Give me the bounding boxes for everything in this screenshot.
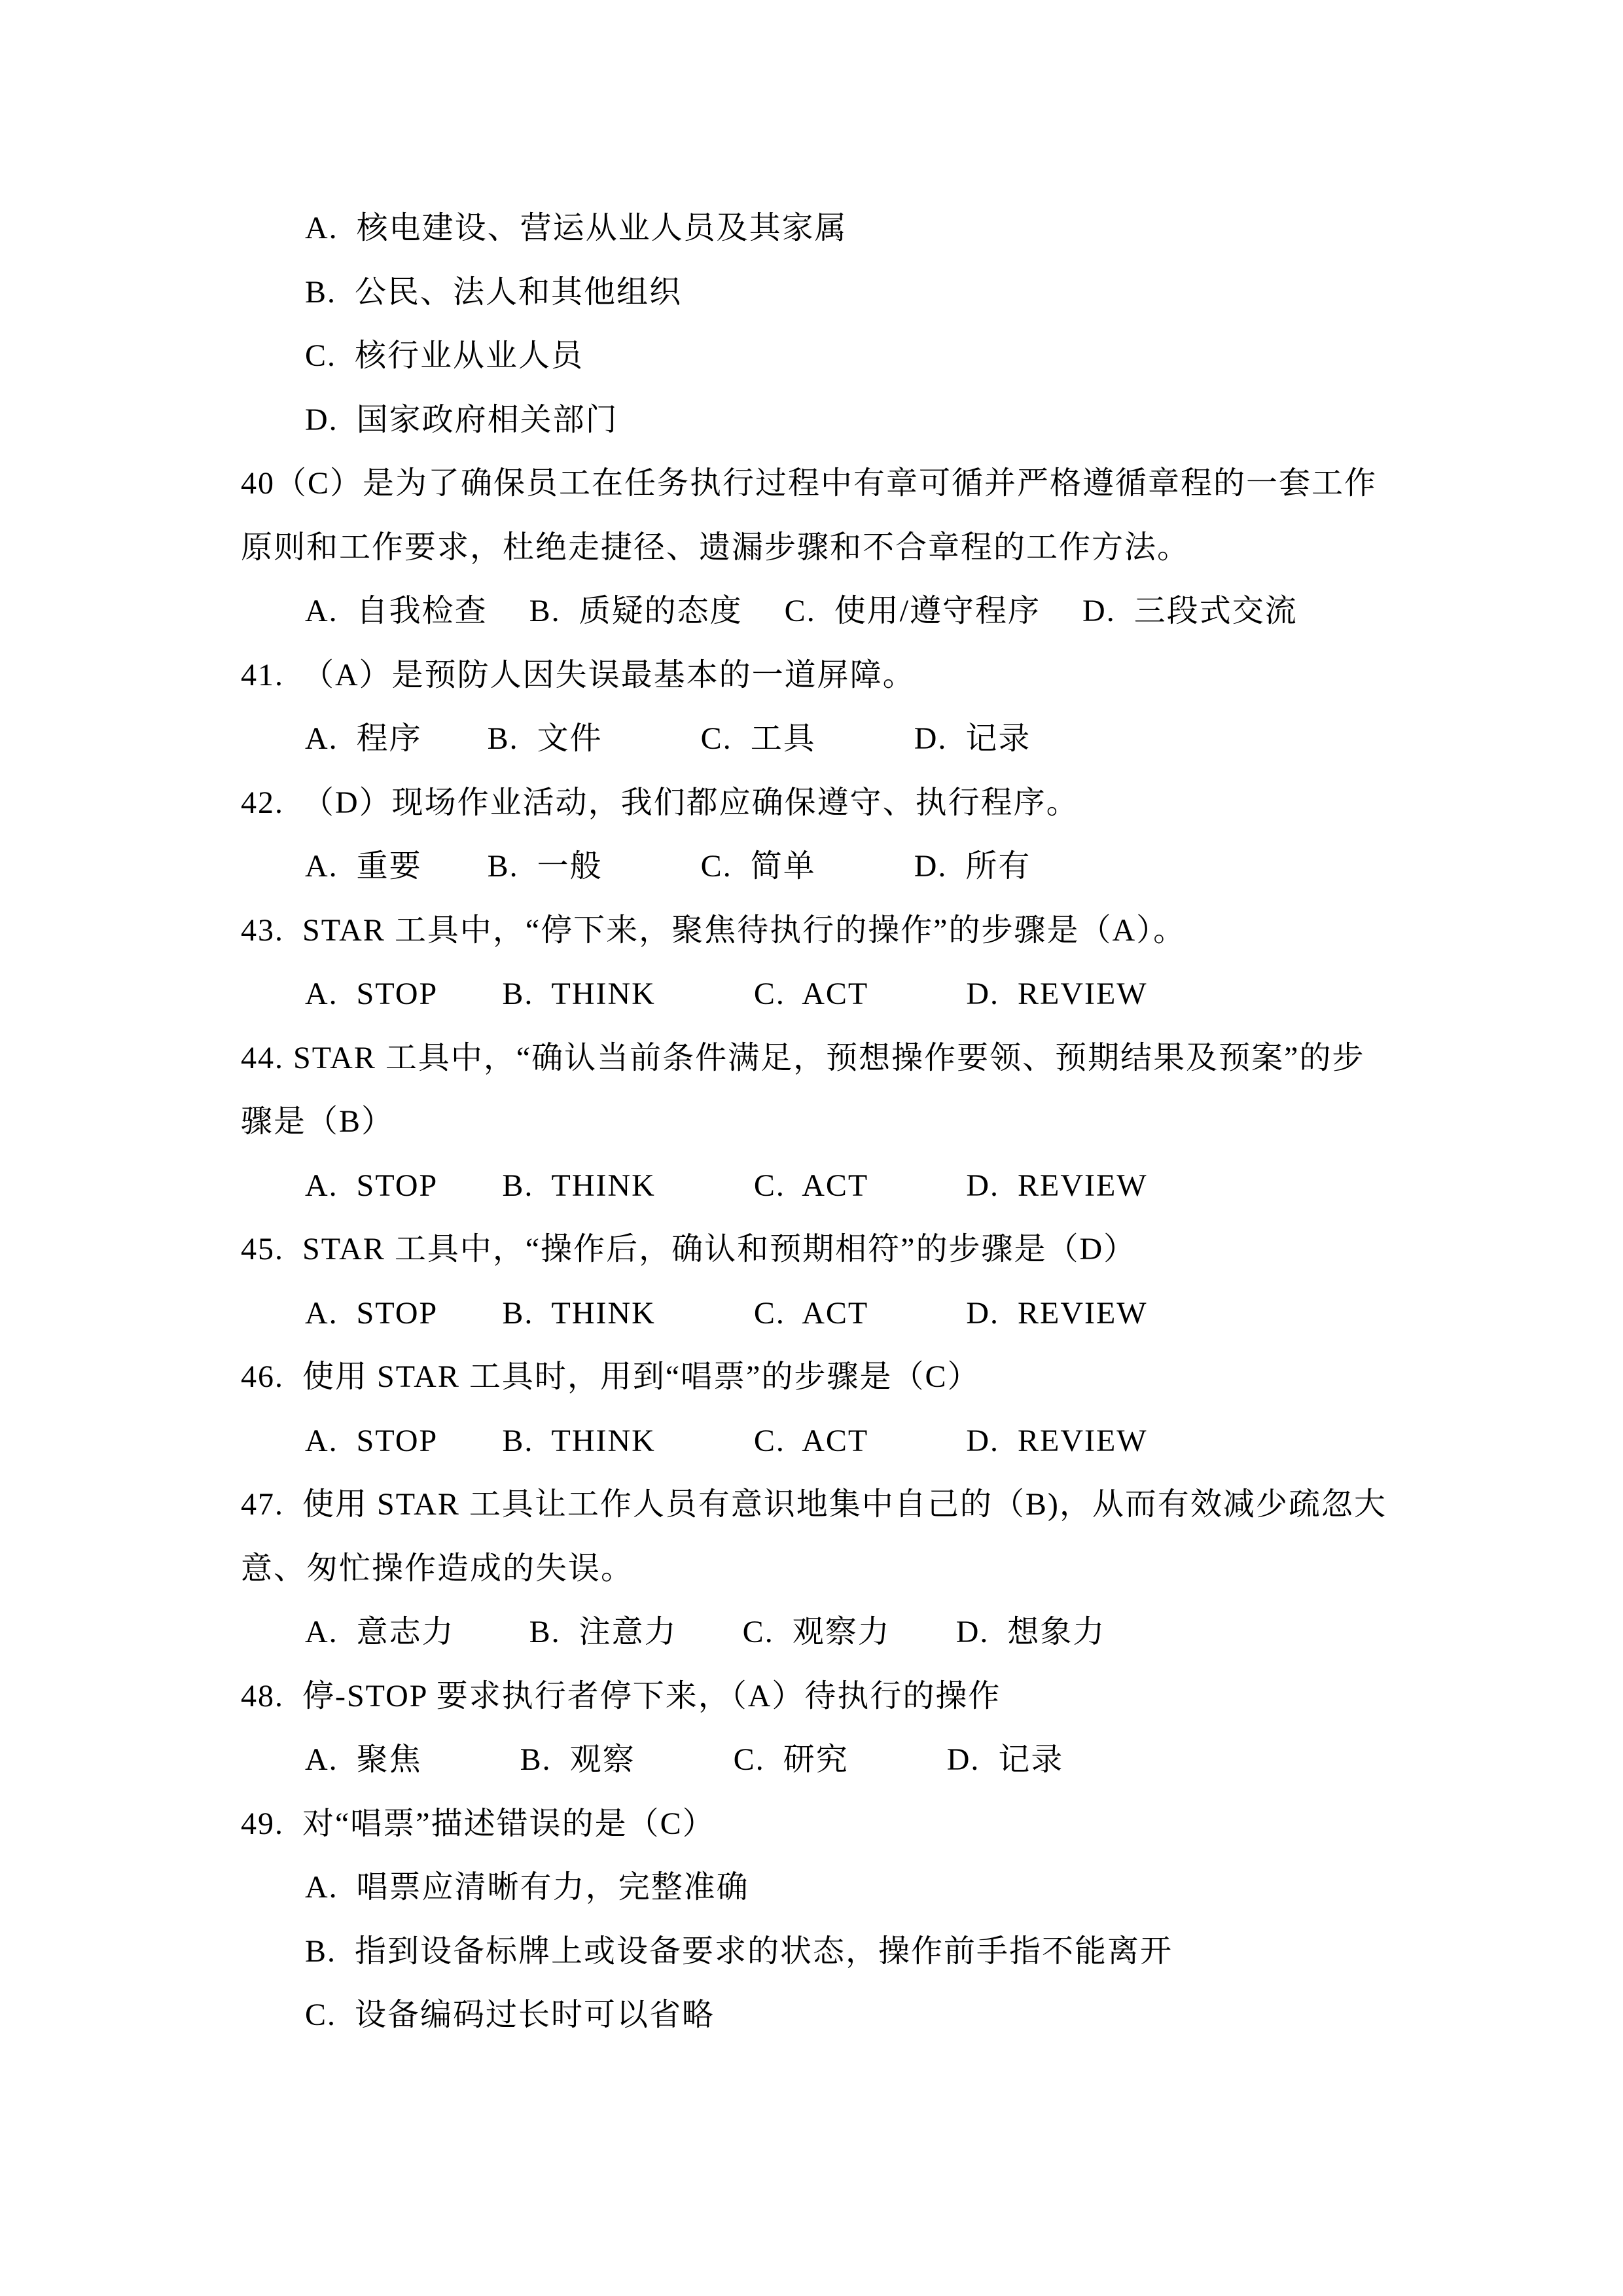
q47-stem-line2: 意、匆忙操作造成的失误。 [241,1537,1393,1601]
q48-stem: 48. 停-STOP 要求执行者停下来，（A）待执行的操作 [241,1664,1393,1729]
q49-option-a: A. 唱票应清晰有力，完整准确 [241,1856,1393,1920]
q48-options-row: A. 聚焦 B. 观察 C. 研究 D. 记录 [241,1728,1393,1792]
q42-stem: 42. （D）现场作业活动，我们都应确保遵守、执行程序。 [241,771,1393,835]
q42-options-row: A. 重要 B. 一般 C. 简单 D. 所有 [241,834,1393,899]
prev-question-option-c: C. 核行业从业人员 [241,324,1393,388]
q45-stem: 45. STAR 工具中，“操作后，确认和预期相符”的步骤是（D） [241,1217,1393,1282]
q41-stem: 41. （A）是预防人因失误最基本的一道屏障。 [241,643,1393,708]
q44-options-row: A. STOP B. THINK C. ACT D. REVIEW [241,1154,1393,1218]
q40-options-row: A. 自我检查 B. 质疑的态度 C. 使用/遵守程序 D. 三段式交流 [241,579,1393,643]
q43-options-row: A. STOP B. THINK C. ACT D. REVIEW [241,962,1393,1026]
q47-options-row: A. 意志力 B. 注意力 C. 观察力 D. 想象力 [241,1600,1393,1664]
q44-stem-line2: 骤是（B） [241,1090,1393,1154]
q49-option-c: C. 设备编码过长时可以省略 [241,1983,1393,2047]
q40-stem-line2: 原则和工作要求，杜绝走捷径、遗漏步骤和不合章程的工作方法。 [241,516,1393,580]
q46-stem: 46. 使用 STAR 工具时，用到“唱票”的步骤是（C） [241,1345,1393,1409]
q40-stem-line1: 40（C）是为了确保员工在任务执行过程中有章可循并严格遵循章程的一套工作 [241,452,1393,516]
q47-stem-line1: 47. 使用 STAR 工具让工作人员有意识地集中自己的（B)，从而有效减少疏忽… [241,1473,1393,1537]
exam-page: A. 核电建设、营运从业人员及其家属 B. 公民、法人和其他组织 C. 核行业从… [0,0,1623,2296]
q43-stem: 43. STAR 工具中，“停下来，聚焦待执行的操作”的步骤是（A）。 [241,899,1393,963]
q41-options-row: A. 程序 B. 文件 C. 工具 D. 记录 [241,707,1393,771]
prev-question-option-a: A. 核电建设、营运从业人员及其家属 [241,196,1393,260]
page-text-block: A. 核电建设、营运从业人员及其家属 B. 公民、法人和其他组织 C. 核行业从… [241,196,1393,2047]
prev-question-option-b: B. 公民、法人和其他组织 [241,260,1393,325]
q45-options-row: A. STOP B. THINK C. ACT D. REVIEW [241,1282,1393,1346]
q49-option-b: B. 指到设备标牌上或设备要求的状态，操作前手指不能离开 [241,1920,1393,1984]
q46-options-row: A. STOP B. THINK C. ACT D. REVIEW [241,1409,1393,1473]
q49-stem: 49. 对“唱票”描述错误的是（C） [241,1792,1393,1856]
q44-stem-line1: 44. STAR 工具中，“确认当前条件满足，预想操作要领、预期结果及预案”的步 [241,1026,1393,1090]
prev-question-option-d: D. 国家政府相关部门 [241,388,1393,452]
